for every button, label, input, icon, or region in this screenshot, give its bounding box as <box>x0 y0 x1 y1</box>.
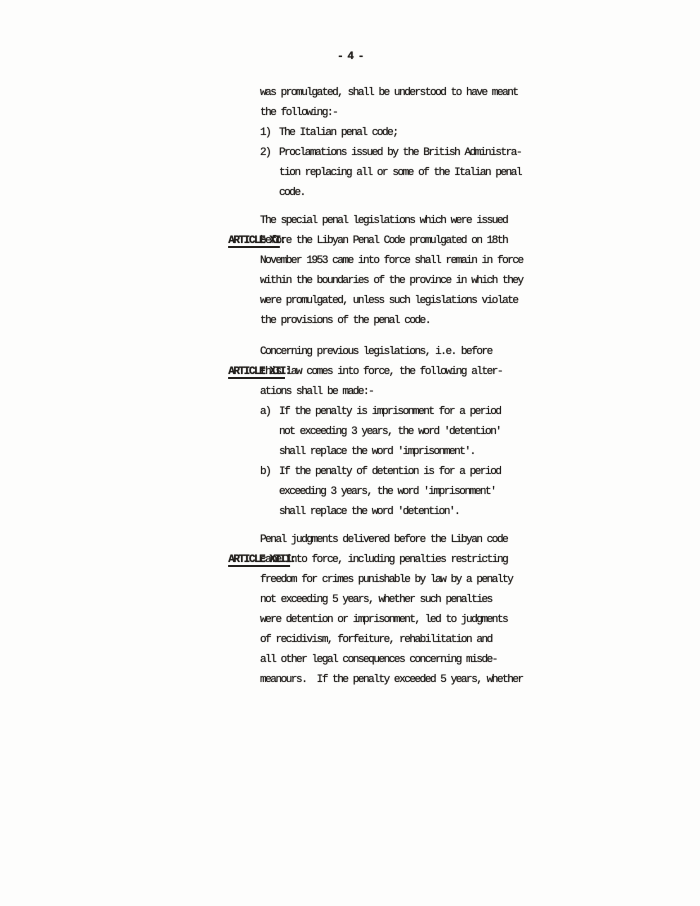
section-body: Penal judgments delivered before the Lib… <box>260 530 552 690</box>
section-article-xi: ARTICLE XI: The special penal legislatio… <box>187 211 552 331</box>
list-item: a) If the penalty is imprisonment for a … <box>260 402 552 462</box>
text-line: tion replacing all or some of the Italia… <box>279 163 552 183</box>
list-item-text: Proclamations issued by the British Admi… <box>279 143 552 203</box>
list-item-text: If the penalty of detention is for a per… <box>279 462 552 522</box>
text-line: was promulgated, shall be understood to … <box>260 83 552 103</box>
scanned-document-page: - 4 - was promulgated, shall be understo… <box>0 0 700 906</box>
text-line: Proclamations issued by the British Admi… <box>279 143 552 163</box>
text-line: came into force, including penalties res… <box>260 550 552 570</box>
article-label: ARTICLE XI: <box>187 211 260 271</box>
paragraph: Concerning previous legislations, i.e. b… <box>260 342 552 402</box>
text-line: freedom for crimes punishable by law by … <box>260 570 552 590</box>
list-item: b) If the penalty of detention is for a … <box>260 462 552 522</box>
text-line: Penal judgments delivered before the Lib… <box>260 530 552 550</box>
list-item-text: If the penalty is imprisonment for a per… <box>279 402 552 462</box>
list-item-text: The Italian penal code; <box>279 123 552 143</box>
text-line: ations shall be made:- <box>260 382 552 402</box>
section-body: Concerning previous legislations, i.e. b… <box>260 342 552 522</box>
paragraph: Penal judgments delivered before the Lib… <box>260 530 552 690</box>
document-body: was promulgated, shall be understood to … <box>187 83 552 690</box>
text-line: within the boundaries of the province in… <box>260 271 552 291</box>
text-line: exceeding 3 years, the word 'imprisonmen… <box>279 482 552 502</box>
text-line: the following:- <box>260 103 552 123</box>
list-item-marker: a) <box>260 402 279 422</box>
text-line: If the penalty is imprisonment for a per… <box>279 402 552 422</box>
text-line: not exceeding 5 years, whether such pena… <box>260 590 552 610</box>
text-line: before the Libyan Penal Code promulgated… <box>260 231 552 251</box>
text-line: November 1953 came into force shall rema… <box>260 251 552 271</box>
text-line: Concerning previous legislations, i.e. b… <box>260 342 552 362</box>
text-line: The special penal legislations which wer… <box>260 211 552 231</box>
paragraph: was promulgated, shall be understood to … <box>260 83 552 123</box>
text-line: The Italian penal code; <box>279 123 552 143</box>
list-item: 1) The Italian penal code; <box>260 123 552 143</box>
list-item-marker: 2) <box>260 143 279 163</box>
page-number: - 4 - <box>0 47 700 67</box>
paragraph: The special penal legislations which wer… <box>260 211 552 331</box>
list-item: 2) Proclamations issued by the British A… <box>260 143 552 203</box>
text-line: shall replace the word 'detention'. <box>279 502 552 522</box>
text-line: not exceeding 3 years, the word 'detenti… <box>279 422 552 442</box>
text-line: shall replace the word 'imprisonment'. <box>279 442 552 462</box>
text-line: were promulgated, unless such legislatio… <box>260 291 552 311</box>
text-line: code. <box>279 183 552 203</box>
list-item-marker: 1) <box>260 123 279 143</box>
section-continuation: was promulgated, shall be understood to … <box>187 83 552 203</box>
text-line: meanours. If the penalty exceeded 5 year… <box>260 670 552 690</box>
text-line: this law comes into force, the following… <box>260 362 552 382</box>
article-label: ARTICLE XIII: <box>187 530 260 590</box>
section-article-xii: ARTICLE XII: Concerning previous legisla… <box>187 342 552 522</box>
text-line: the provisions of the penal code. <box>260 311 552 331</box>
section-body: The special penal legislations which wer… <box>260 211 552 331</box>
text-line: all other legal consequences concerning … <box>260 650 552 670</box>
list-item-marker: b) <box>260 462 279 482</box>
section-article-xiii: ARTICLE XIII: Penal judgments delivered … <box>187 530 552 690</box>
text-line: of recidivism, forfeiture, rehabilitatio… <box>260 630 552 650</box>
text-line: If the penalty of detention is for a per… <box>279 462 552 482</box>
text-line: were detention or imprisonment, led to j… <box>260 610 552 630</box>
article-label: ARTICLE XII: <box>187 342 260 402</box>
section-body: was promulgated, shall be understood to … <box>260 83 552 203</box>
